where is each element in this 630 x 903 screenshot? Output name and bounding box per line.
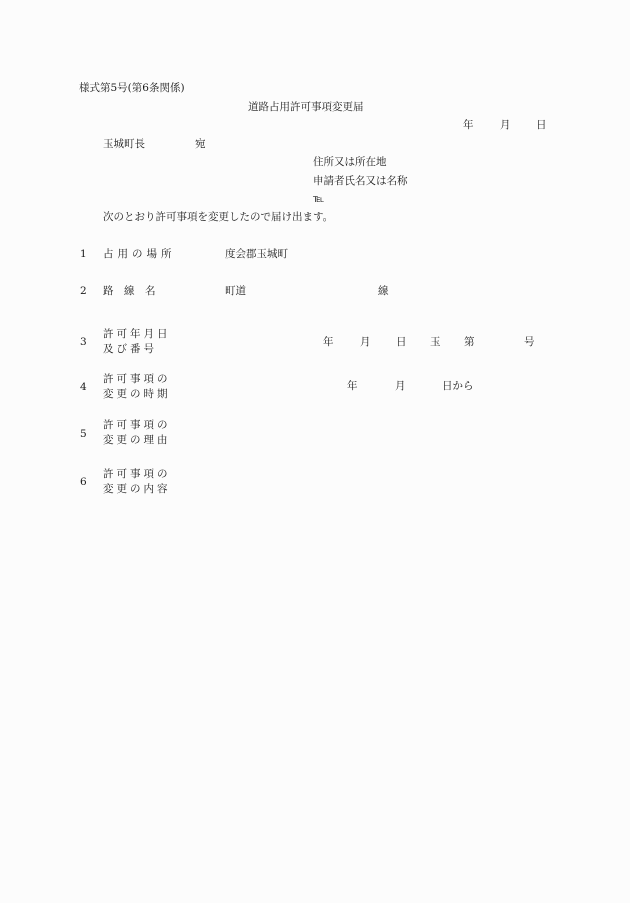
item-2-value: 町道 [225,284,246,298]
item-4-number: 4 [80,380,87,394]
item-4-label-line2: 変更の時期 [103,387,171,402]
intro-text: 次のとおり許可事項を変更したので届け出ます。 [103,210,333,224]
item-6-label-line1: 許可事項の [103,467,171,482]
item-3-day: 日 [396,335,407,349]
item-6-number: 6 [80,475,87,489]
date-day-label: 日 [536,118,547,132]
item-1-number: 1 [80,247,87,261]
addressee-honorific: 宛 [195,137,206,151]
item-3-year: 年 [323,335,334,349]
applicant-name-label: 申請者氏名又は名称 [313,174,408,188]
item-1-value: 度会郡玉城町 [225,247,288,261]
item-5-label-line1: 許可事項の [103,418,171,433]
item-5-number: 5 [80,427,87,441]
item-2-number: 2 [80,284,87,298]
item-3-dai: 第 [464,335,475,349]
item-3-label-line1: 許可年月日 [103,327,171,342]
item-3-prefix: 玉 [430,335,441,349]
item-4-year: 年 [347,379,358,393]
item-3-month: 月 [360,335,371,349]
item-5-label-line2: 変更の理由 [103,433,171,448]
document-title: 道路占用許可事項変更届 [248,100,364,114]
addressee-name: 玉城町長 [103,137,145,151]
telephone-icon: ℡ [313,192,324,206]
item-3-label-line2: 及び番号 [103,342,157,357]
date-year-label: 年 [463,118,474,132]
item-2-suffix: 線 [378,284,389,298]
item-4-label-line1: 許可事項の [103,372,171,387]
item-4-day-from: 日から [442,379,474,393]
item-4-month: 月 [395,379,406,393]
item-3-go: 号 [524,335,535,349]
form-number: 様式第5号(第6条関係) [79,81,185,95]
item-6-label-line2: 変更の内容 [103,482,171,497]
date-month-label: 月 [500,118,511,132]
item-3-number: 3 [80,335,87,349]
applicant-address-label: 住所又は所在地 [313,155,387,169]
item-1-label: 占用の場所 [103,247,176,261]
item-2-label: 路 線 名 [103,284,156,298]
